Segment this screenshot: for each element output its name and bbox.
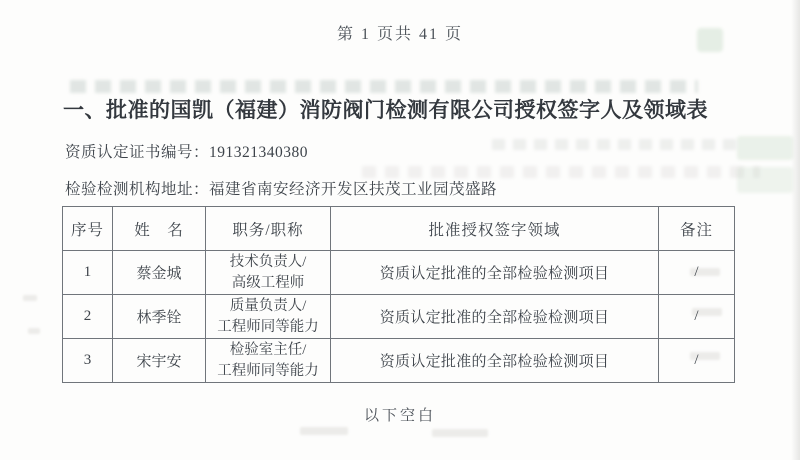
cell-remark: / — [659, 251, 735, 295]
institution-address-line: 检验检测机构地址：福建省南安经济开发区扶茂工业园茂盛路 — [65, 177, 497, 199]
scan-bleed-artifact — [70, 80, 698, 93]
scan-speck-artifact — [300, 427, 348, 435]
certificate-number-label: 资质认定证书编号： — [65, 144, 209, 161]
page-number: 第 1 页共 41 页 — [0, 21, 800, 44]
table-row: 3 宋宇安 检验室主任/ 工程师同等能力 资质认定批准的全部检验检测项目 / — [63, 339, 735, 383]
scan-bleed-artifact — [492, 139, 744, 150]
cell-index: 3 — [63, 339, 113, 383]
cell-job-title: 质量负责人/ 工程师同等能力 — [206, 295, 331, 339]
job-title-line2: 高级工程师 — [206, 273, 330, 294]
scan-speck-artifact — [23, 295, 37, 301]
table-row: 1 蔡金城 技术负责人/ 高级工程师 资质认定批准的全部检验检测项目 / — [63, 251, 735, 295]
cell-signing-scope: 资质认定批准的全部检验检测项目 — [331, 251, 659, 295]
scan-bleed-artifact — [737, 136, 793, 160]
certificate-number-line: 资质认定证书编号：191321340380 — [65, 140, 308, 162]
column-header-job-title: 职务/职称 — [206, 207, 331, 251]
cell-signing-scope: 资质认定批准的全部检验检测项目 — [331, 339, 659, 383]
cell-remark: / — [659, 339, 735, 383]
cell-name: 林季铨 — [113, 295, 206, 339]
below-blank-note: 以下空白 — [0, 404, 800, 425]
job-title-line2: 工程师同等能力 — [206, 317, 330, 338]
table-row: 2 林季铨 质量负责人/ 工程师同等能力 资质认定批准的全部检验检测项目 / — [63, 295, 735, 339]
job-title-line1: 检验室主任/ — [206, 340, 330, 361]
cell-signing-scope: 资质认定批准的全部检验检测项目 — [331, 295, 659, 339]
cell-remark: / — [659, 295, 735, 339]
job-title-line2: 工程师同等能力 — [206, 361, 330, 382]
table-header-row: 序号 姓 名 职务/职称 批准授权签字领域 备注 — [63, 207, 735, 251]
scan-speck-artifact — [432, 429, 488, 437]
cell-name: 蔡金城 — [113, 251, 206, 295]
scan-speck-artifact — [28, 328, 40, 334]
job-title-line1: 质量负责人/ — [206, 296, 330, 317]
column-header-index: 序号 — [63, 207, 113, 251]
institution-address-value: 福建省南安经济开发区扶茂工业园茂盛路 — [209, 181, 497, 198]
authorized-signatories-table: 序号 姓 名 职务/职称 批准授权签字领域 备注 1 蔡金城 技术负责人/ 高级… — [62, 206, 735, 383]
institution-address-label: 检验检测机构地址： — [65, 181, 209, 198]
column-header-remark: 备注 — [659, 207, 735, 251]
scan-bleed-artifact — [737, 167, 793, 193]
document-page: 第 1 页共 41 页 一、批准的国凯（福建）消防阀门检测有限公司授权签字人及领… — [0, 0, 800, 460]
cell-name: 宋宇安 — [113, 339, 206, 383]
certificate-number-value: 191321340380 — [209, 144, 308, 161]
scan-edge-shadow — [791, 0, 800, 460]
cell-job-title: 检验室主任/ 工程师同等能力 — [206, 339, 331, 383]
cell-index: 1 — [63, 251, 113, 295]
job-title-line1: 技术负责人/ — [206, 252, 330, 273]
column-header-signing-scope: 批准授权签字领域 — [331, 207, 659, 251]
cell-job-title: 技术负责人/ 高级工程师 — [206, 251, 331, 295]
cell-index: 2 — [63, 295, 113, 339]
column-header-name: 姓 名 — [113, 207, 206, 251]
document-title: 一、批准的国凯（福建）消防阀门检测有限公司授权签字人及领域表 — [63, 94, 708, 124]
